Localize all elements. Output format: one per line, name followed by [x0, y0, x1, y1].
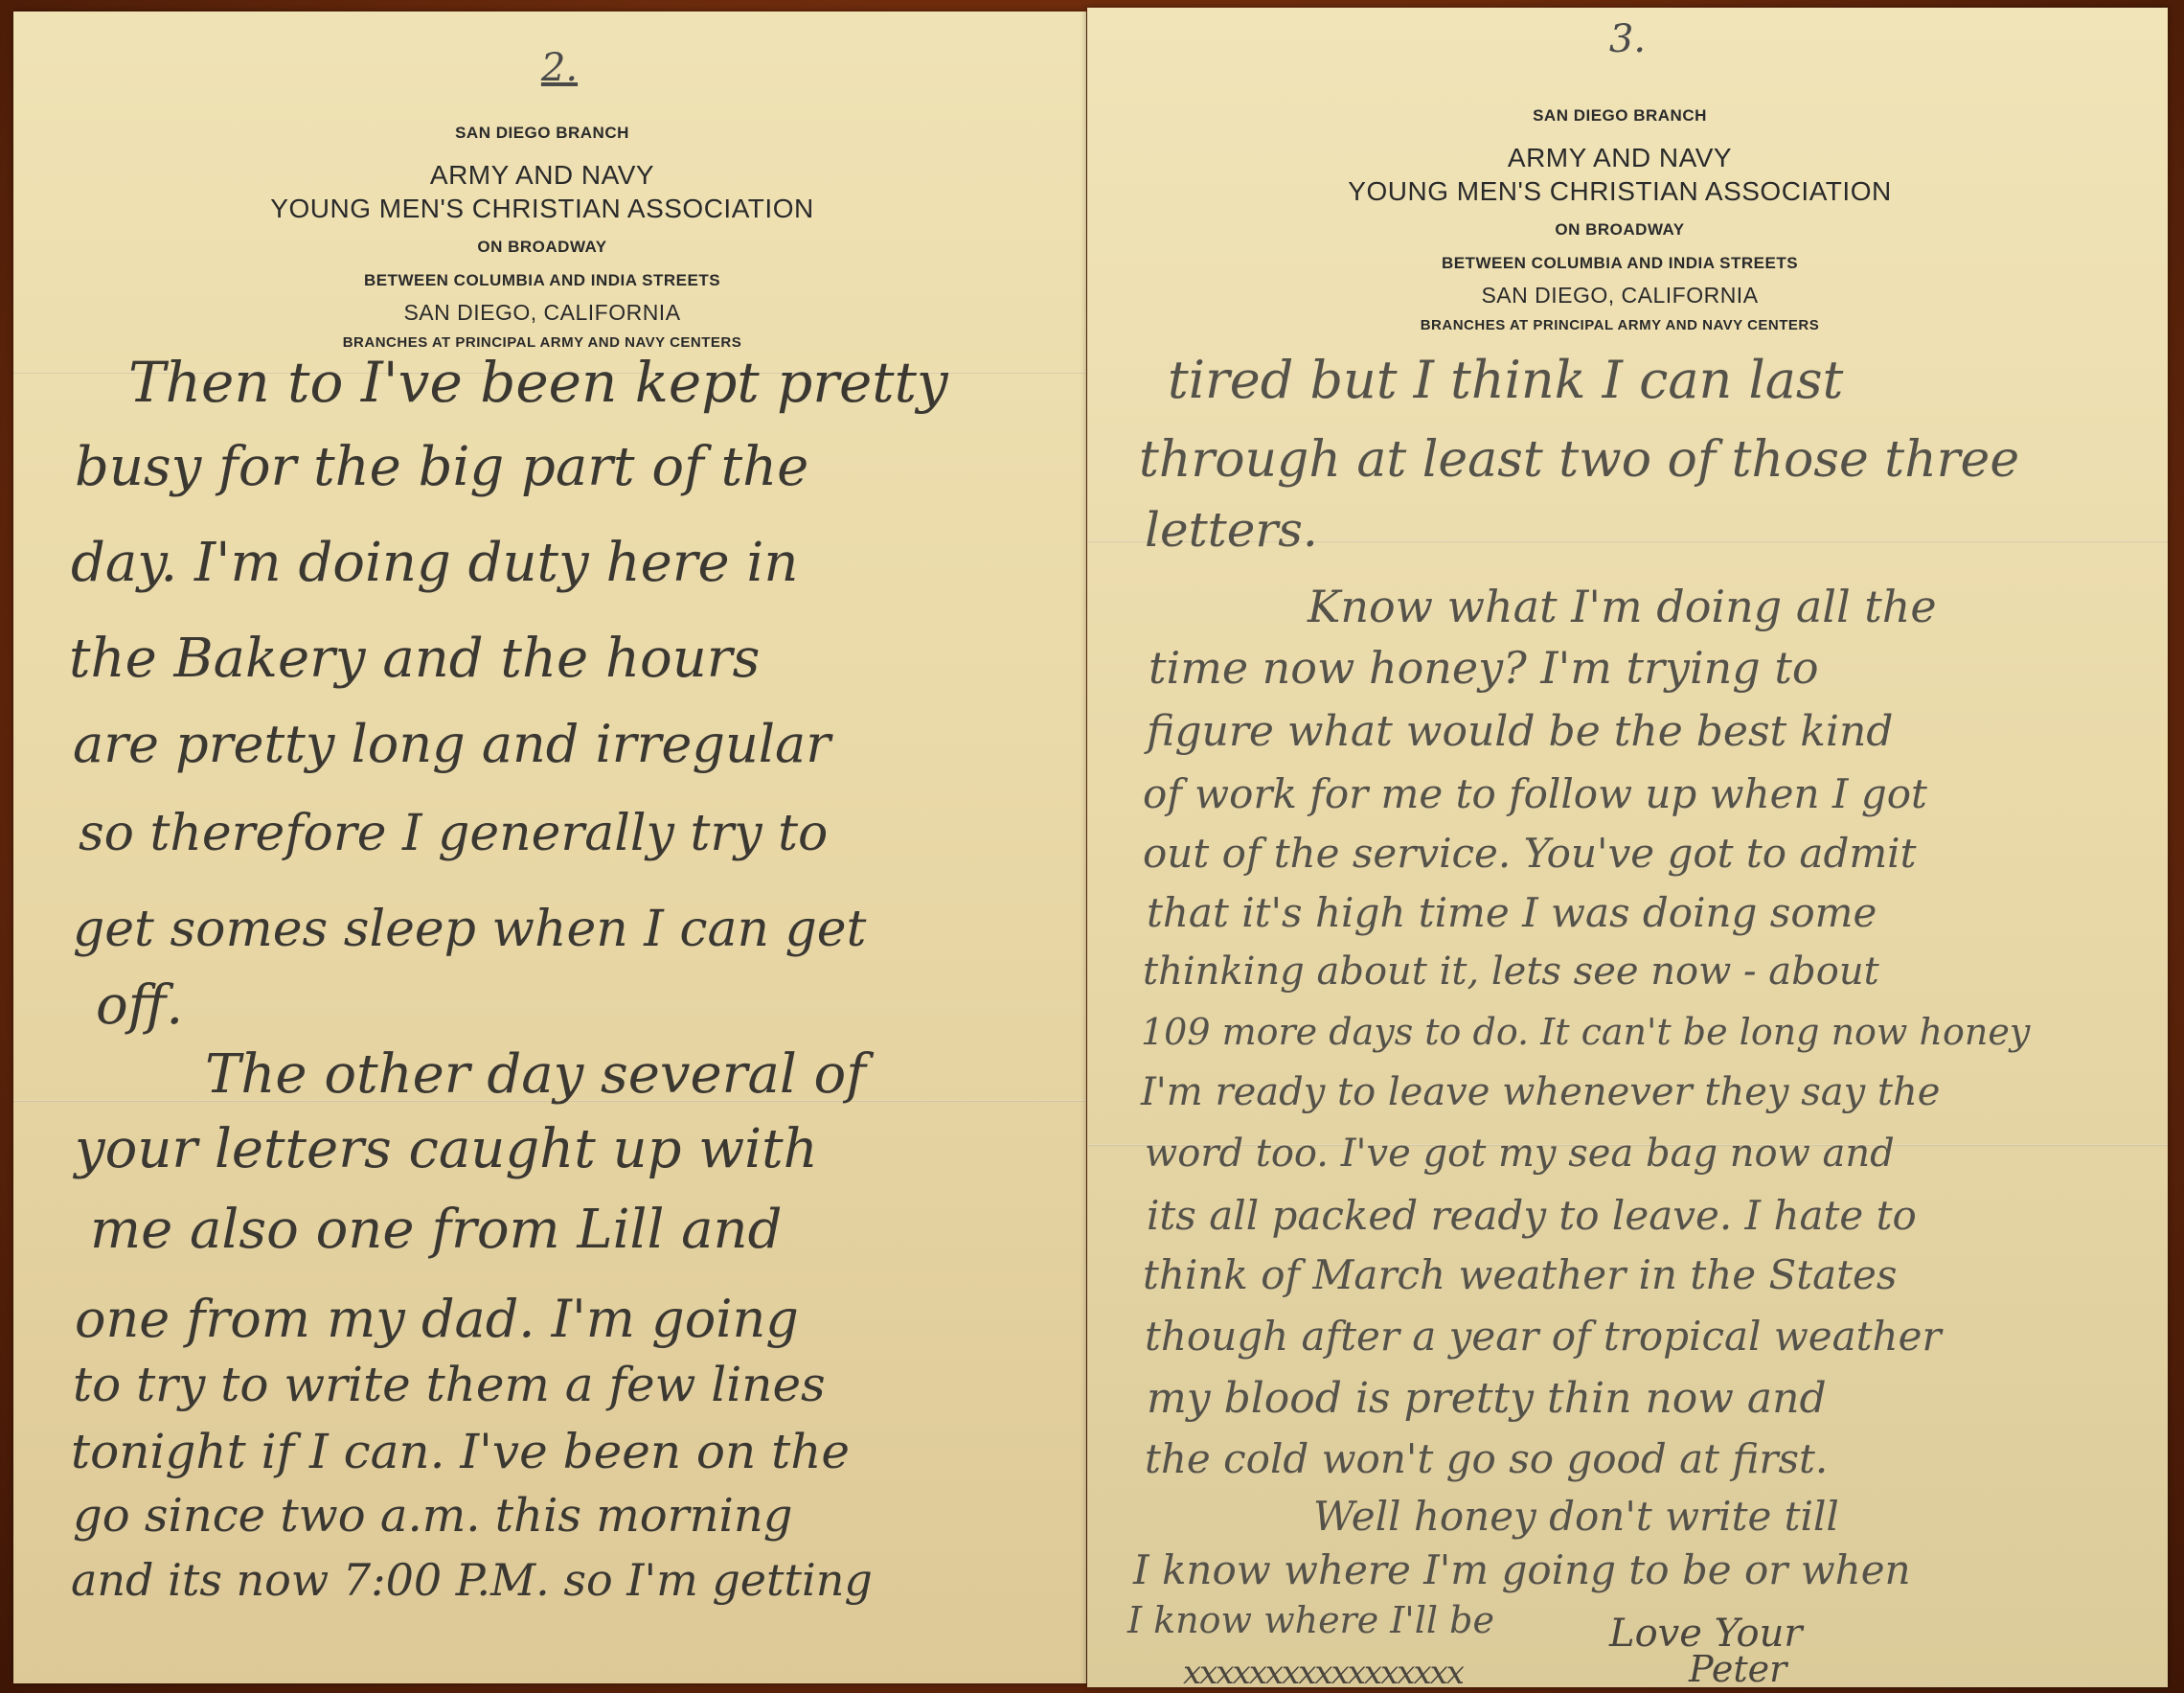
letter-body: tired but I think I can last through at …	[1087, 8, 2168, 1687]
handwritten-line: time now honey? I'm trying to	[1149, 646, 1819, 690]
handwritten-line: Know what I'm doing all the	[1308, 584, 1937, 629]
handwritten-line: letters.	[1145, 506, 1318, 554]
handwritten-line: that it's high time I was doing some	[1147, 893, 1877, 933]
handwritten-line: one from my dad. I'm going	[75, 1293, 799, 1345]
handwritten-line: I know where I'll be	[1127, 1602, 1494, 1638]
handwritten-line: my blood is pretty thin now and	[1147, 1378, 1827, 1420]
handwritten-line: tonight if I can. I've been on the	[71, 1428, 850, 1476]
handwritten-line: word too. I've got my sea bag now and	[1145, 1134, 1895, 1173]
letter-page-3: 3. SAN DIEGO BRANCH ARMY AND NAVY YOUNG …	[1087, 8, 2168, 1687]
handwritten-line: get somes sleep when I can get	[73, 904, 866, 954]
handwritten-line: tired but I think I can last	[1168, 355, 1843, 406]
handwritten-line: the Bakery and the hours	[69, 632, 760, 686]
handwritten-line: thinking about it, lets see now - about	[1143, 952, 1879, 991]
handwritten-line: 109 more days to do. It can't be long no…	[1141, 1014, 2030, 1050]
handwritten-line: off.	[96, 979, 183, 1033]
letter-body: Then to I've been kept pretty busy for t…	[13, 11, 1086, 1683]
handwritten-line: Well honey don't write till	[1313, 1497, 1839, 1537]
handwritten-line: so therefore I generally try to	[79, 809, 828, 858]
handwritten-line: the cold won't go so good at first.	[1145, 1439, 1828, 1479]
handwritten-line: Then to I've been kept pretty	[128, 355, 948, 410]
handwritten-line: think of March weather in the States	[1143, 1255, 1897, 1295]
handwritten-line: I know where I'm going to be or when	[1133, 1550, 1911, 1590]
handwritten-line: go since two a.m. this morning	[73, 1493, 792, 1539]
handwritten-line: figure what would be the best kind	[1147, 711, 1893, 753]
handwritten-line: busy for the big part of the	[75, 441, 808, 494]
handwritten-line: and its now 7:00 P.M. so I'm getting	[71, 1558, 873, 1602]
handwritten-line: to try to write them a few lines	[73, 1361, 826, 1408]
signature: Peter	[1689, 1648, 1786, 1687]
handwritten-line: me also one from Lill and	[90, 1203, 782, 1257]
handwritten-line: though after a year of tropical weather	[1145, 1316, 1942, 1357]
handwritten-line: The other day several of	[205, 1048, 866, 1102]
handwritten-line: are pretty long and irregular	[73, 719, 830, 770]
handwritten-line: out of the service. You've got to admit	[1143, 834, 1916, 874]
handwritten-line: its all packed ready to leave. I hate to	[1147, 1196, 1917, 1236]
kisses-line: xxxxxxxxxxxxxxxxx	[1183, 1654, 1463, 1687]
handwritten-line: of work for me to follow up when I got	[1143, 774, 1927, 814]
handwritten-line: I'm ready to leave whenever they say the	[1141, 1073, 1940, 1111]
letter-page-2: 2. SAN DIEGO BRANCH ARMY AND NAVY YOUNG …	[13, 11, 1086, 1683]
handwritten-line: through at least two of those three	[1139, 435, 2019, 485]
handwritten-line: your letters caught up with	[75, 1123, 818, 1177]
handwritten-line: day. I'm doing duty here in	[71, 537, 798, 590]
